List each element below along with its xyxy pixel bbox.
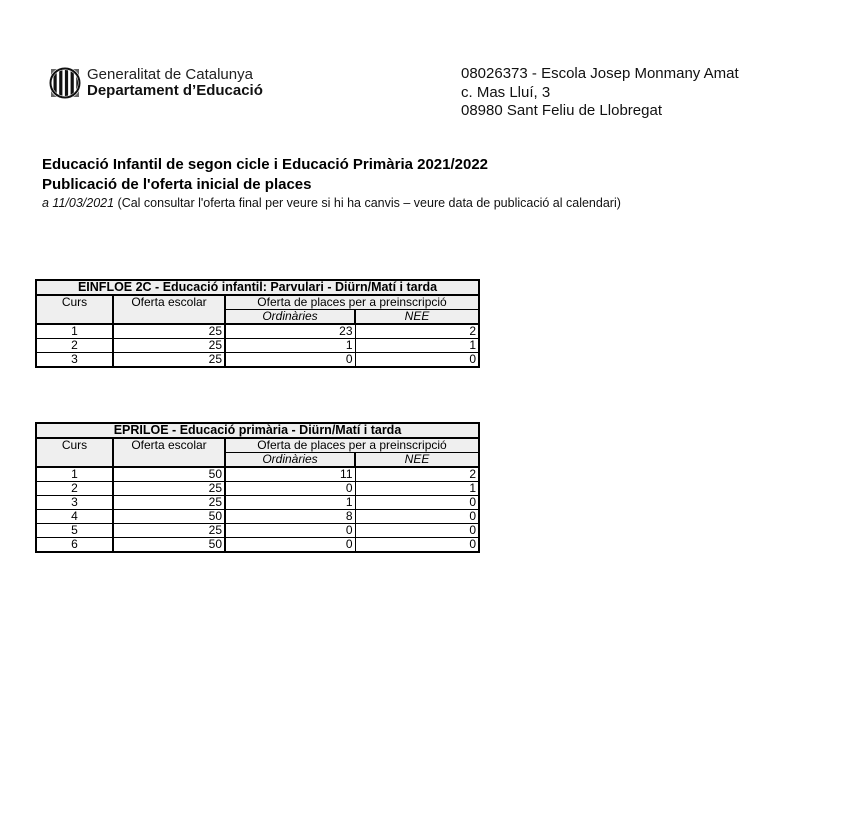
- cell-oferta-escolar: 50: [113, 467, 225, 482]
- cell-oferta-escolar: 25: [113, 339, 225, 353]
- cell-nee: 2: [355, 467, 479, 482]
- table-infantil: EINFLOE 2C - Educació infantil: Parvular…: [35, 279, 480, 368]
- cell-ordinaries: 0: [225, 524, 355, 538]
- table-row: 1 50 11 2: [36, 467, 479, 482]
- document-titles: Educació Infantil de segon cicle i Educa…: [42, 155, 621, 211]
- table-primaria: EPRILOE - Educació primària - Diürn/Matí…: [35, 422, 480, 553]
- table-row: 6 50 0 0: [36, 538, 479, 553]
- table-caption: EINFLOE 2C - Educació infantil: Parvular…: [36, 280, 479, 295]
- cell-ordinaries: 0: [225, 482, 355, 496]
- col-header-curs: Curs: [36, 295, 113, 324]
- cell-curs: 4: [36, 510, 113, 524]
- cell-ordinaries: 1: [225, 339, 355, 353]
- cell-curs: 1: [36, 467, 113, 482]
- document-subtitle: Publicació de l'oferta inicial de places: [42, 175, 621, 195]
- cell-curs: 2: [36, 339, 113, 353]
- cell-nee: 2: [355, 324, 479, 339]
- publication-note: a 11/03/2021 (Cal consultar l'oferta fin…: [42, 195, 621, 211]
- table-row: 3 25 1 0: [36, 496, 479, 510]
- table-row: 4 50 8 0: [36, 510, 479, 524]
- col-header-ordinaries: Ordinàries: [225, 453, 355, 468]
- school-street: c. Mas Lluí, 3: [461, 84, 739, 103]
- cell-curs: 6: [36, 538, 113, 553]
- school-city: 08980 Sant Feliu de Llobregat: [461, 102, 739, 121]
- generalitat-shield-icon: [49, 67, 81, 99]
- col-header-oferta-places: Oferta de places per a preinscripció: [225, 438, 479, 453]
- table-row: 2 25 0 1: [36, 482, 479, 496]
- school-code-name: 08026373 - Escola Josep Monmany Amat: [461, 65, 739, 84]
- col-header-oferta-escolar: Oferta escolar: [113, 295, 225, 324]
- col-header-oferta-places: Oferta de places per a preinscripció: [225, 295, 479, 310]
- cell-ordinaries: 11: [225, 467, 355, 482]
- col-header-nee: NEE: [355, 310, 479, 325]
- department-name: Departament d’Educació: [87, 83, 263, 99]
- cell-curs: 3: [36, 496, 113, 510]
- table-row: 1 25 23 2: [36, 324, 479, 339]
- cell-nee: 0: [355, 510, 479, 524]
- cell-nee: 1: [355, 339, 479, 353]
- table-row: 2 25 1 1: [36, 339, 479, 353]
- cell-curs: 5: [36, 524, 113, 538]
- table-caption: EPRILOE - Educació primària - Diürn/Matí…: [36, 423, 479, 438]
- col-header-oferta-escolar: Oferta escolar: [113, 438, 225, 467]
- table-row: 3 25 0 0: [36, 353, 479, 368]
- cell-oferta-escolar: 25: [113, 353, 225, 368]
- cell-ordinaries: 1: [225, 496, 355, 510]
- org-name: Generalitat de Catalunya: [87, 67, 263, 83]
- publication-date: a 11/03/2021: [42, 196, 114, 210]
- cell-curs: 3: [36, 353, 113, 368]
- col-header-curs: Curs: [36, 438, 113, 467]
- table-row: 5 25 0 0: [36, 524, 479, 538]
- cell-oferta-escolar: 25: [113, 524, 225, 538]
- cell-nee: 0: [355, 353, 479, 368]
- cell-ordinaries: 8: [225, 510, 355, 524]
- cell-nee: 0: [355, 496, 479, 510]
- cell-oferta-escolar: 50: [113, 538, 225, 553]
- cell-curs: 1: [36, 324, 113, 339]
- cell-oferta-escolar: 25: [113, 324, 225, 339]
- cell-oferta-escolar: 50: [113, 510, 225, 524]
- cell-ordinaries: 0: [225, 353, 355, 368]
- school-address: 08026373 - Escola Josep Monmany Amat c. …: [461, 65, 739, 121]
- col-header-nee: NEE: [355, 453, 479, 468]
- cell-nee: 0: [355, 538, 479, 553]
- cell-nee: 0: [355, 524, 479, 538]
- generalitat-logo: Generalitat de Catalunya Departament d’E…: [49, 67, 263, 99]
- cell-ordinaries: 23: [225, 324, 355, 339]
- publication-note-text: (Cal consultar l'oferta final per veure …: [114, 196, 621, 210]
- document-title: Educació Infantil de segon cicle i Educa…: [42, 155, 621, 175]
- col-header-ordinaries: Ordinàries: [225, 310, 355, 325]
- cell-oferta-escolar: 25: [113, 496, 225, 510]
- cell-curs: 2: [36, 482, 113, 496]
- cell-oferta-escolar: 25: [113, 482, 225, 496]
- cell-nee: 1: [355, 482, 479, 496]
- cell-ordinaries: 0: [225, 538, 355, 553]
